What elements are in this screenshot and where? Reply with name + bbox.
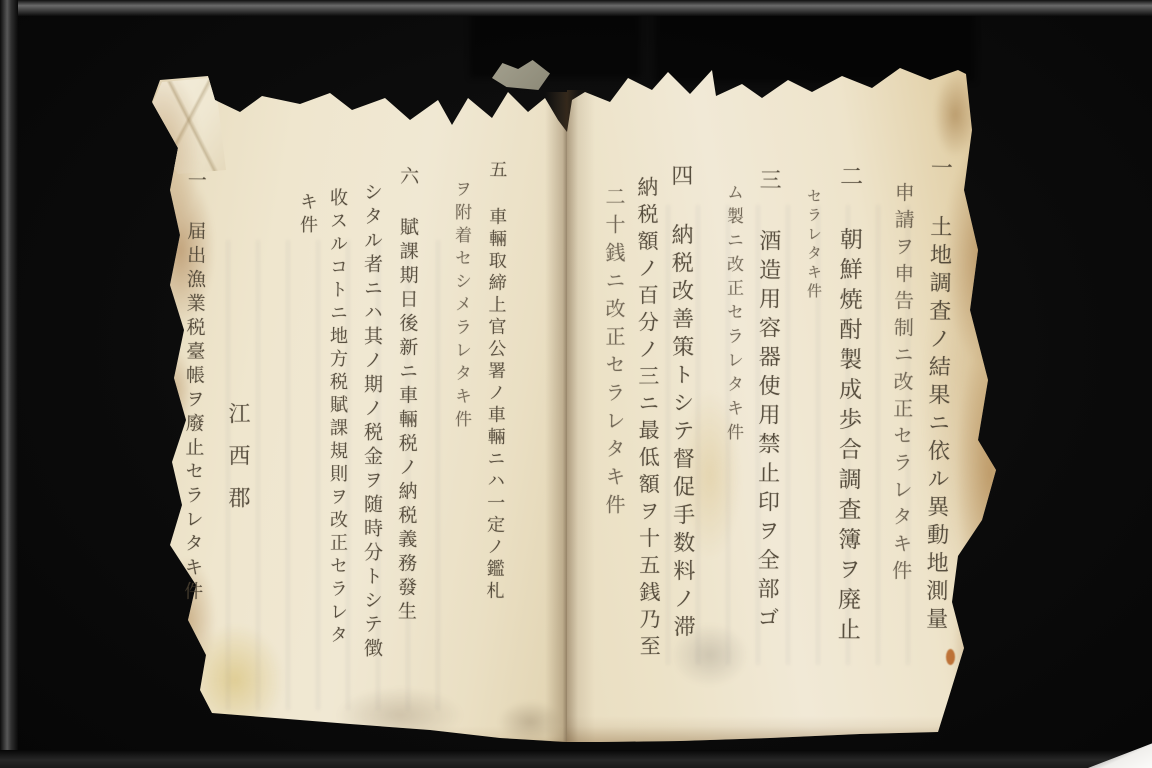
district-heading: 江西郡 [226, 402, 248, 528]
text-column-item3-line1: 三 酒造用容器使用禁止印ヲ全部ゴ [755, 168, 779, 635]
text-column-item2-line1: 二 朝鮮焼酎製成歩合調査簿ヲ廃止 [835, 164, 861, 647]
frame-left-edge [0, 0, 18, 768]
text-column-item6-line3: 收スルコトニ地方税賦課規則ヲ改正セラレタ [328, 188, 346, 648]
text-column-item1-line2: 申請ヲ申告制ニ改正セラレタキ件 [891, 182, 914, 587]
text-column-item6-line1: 六 賦課期日後新ニ車輛税ノ納税義務發生 [396, 166, 417, 625]
text-column-item4-line1: 四 納税改善策トシテ督促手数料ノ滞 [669, 164, 694, 643]
text-column-item6-line2: シタル者ニハ其ノ期ノ税金ヲ随時分トシテ徴 [362, 182, 381, 662]
page-fold-shadow [545, 92, 567, 742]
text-column-section-item1: 一 届出漁業税臺帳ヲ廢止セラレタキ件 [182, 170, 205, 605]
text-column-item4-line3: 二十銭ニ改正セラレタキ件 [604, 186, 624, 522]
rust-spot [946, 649, 955, 665]
bottom-edge-shading-left [140, 726, 570, 752]
text-column-item3-line2: ム製ニ改正セラレタキ件 [724, 183, 741, 447]
frame-top-edge [0, 0, 1152, 16]
text-column-item5-line1: 五 車輛取締上官公署ノ車輛ニハ一定ノ鑑札 [484, 160, 505, 603]
text-column-item6-line4: キ件 [298, 192, 316, 238]
text-column-item4-line2: 納税額ノ百分ノ三ニ最低額ヲ十五銭乃至 [636, 176, 660, 662]
framed-document-photo: 一 土地調査ノ結果ニ依ル異動地測量 申請ヲ申告制ニ改正セラレタキ件 二 朝鮮焼酎… [0, 0, 1152, 768]
text-column-item2-line2: セラレタキ件 [806, 188, 821, 302]
page-fold-highlight [567, 90, 595, 742]
frame-bottom-edge [0, 750, 1152, 768]
bottom-edge-shading-right [560, 716, 1000, 742]
text-column-item1-line1: 一 土地調査ノ結果ニ依ル異動地測量 [923, 156, 950, 635]
mat-opening-shadow-right [655, 10, 975, 82]
text-column-item5-line2: ヲ附着セシメラレタキ件 [452, 180, 469, 433]
mat-opening-shadow-left [470, 12, 640, 78]
